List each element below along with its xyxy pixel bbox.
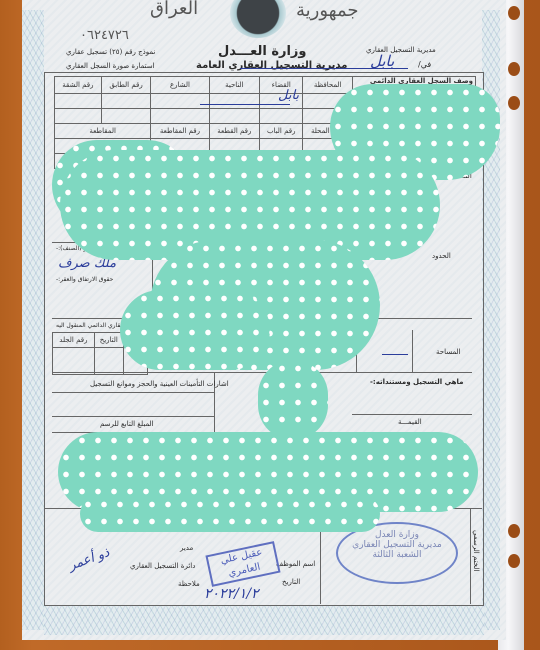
department-label: دائرة التسجيل العقاري (130, 562, 195, 570)
ministry-title: وزارة العـــدل (218, 44, 307, 59)
seal-line: مديرية التسجيل العقاري (338, 540, 456, 550)
divider (470, 508, 471, 604)
date-label: التاريخ (282, 578, 300, 586)
sleeve-hole (508, 524, 520, 538)
header-cell: رقم الشقة (55, 77, 102, 94)
notes-label: ملاحظة (178, 580, 200, 588)
form-name: استمارة صورة السجل العقاري (66, 62, 155, 70)
sleeve-hole (508, 62, 520, 76)
easement-label: حقوق الارتفاق والعقر:- (56, 276, 113, 283)
sleeve-hole (508, 554, 520, 568)
boundaries-label: الحدود (432, 252, 451, 260)
ink-underline (240, 68, 408, 69)
form-number: نموذج رقم (٢٥) تسجيل عقاري (66, 48, 155, 56)
header-republic: جمهورية (296, 0, 358, 21)
ink-underline (200, 104, 290, 105)
divider (412, 330, 413, 372)
header-cell: رقم الطابق (101, 77, 151, 94)
area-label: المساحة (436, 348, 461, 356)
redaction-overlay (80, 496, 380, 532)
manager-label: مدير (180, 544, 193, 552)
sleeve-hole (508, 6, 520, 20)
header-cell: رقم الجلد (53, 333, 95, 348)
divider (52, 392, 214, 393)
redaction-overlay (258, 360, 328, 440)
header-cell: رقم الباب (260, 124, 303, 139)
divider (52, 416, 214, 417)
value-label: القيمـــة (398, 418, 422, 426)
district-handwritten: بابل (278, 88, 299, 103)
redaction-overlay (120, 290, 270, 370)
in-label: في/ (418, 60, 431, 69)
sleeve-hole (508, 96, 520, 110)
header-cell: المحافظة (303, 77, 353, 94)
fee-amount-label: المبلغ التابع للرسم (100, 420, 154, 428)
header-cell: رقم القطعة (209, 124, 260, 139)
header-cell: المقاطعة (55, 124, 151, 139)
divider (352, 414, 472, 415)
employee-name-label: اسم الموظف (276, 560, 315, 568)
header-cell: الشارع (151, 77, 209, 94)
date-handwritten: ٢٠٢٢/١/٢ (204, 586, 259, 602)
serial-number: ٠٦٢٤٧٢٦ (80, 28, 129, 43)
header-iraq: العراق (150, 0, 198, 19)
header-cell: الناحية (209, 77, 260, 94)
header-cell: رقم المقاطعة (151, 124, 209, 139)
registration-label: ماهي التسجيل ومستنداته:- (370, 378, 463, 386)
directorate-general-title: مديرية التسجيل العقاري العامة (196, 60, 347, 71)
official-seal-label: الختم الرسمي (472, 530, 480, 571)
encumbrances-label: اشارات التأمينات العينية والحجز وموانع ا… (90, 380, 229, 388)
divider (52, 372, 472, 373)
seal-line: الشعبة الثالثة (338, 550, 456, 560)
guilloche-border-left (22, 10, 44, 630)
ink-dash (382, 354, 408, 355)
header-cell: التاريخ (94, 333, 123, 348)
guilloche-border-bottom (44, 605, 484, 635)
